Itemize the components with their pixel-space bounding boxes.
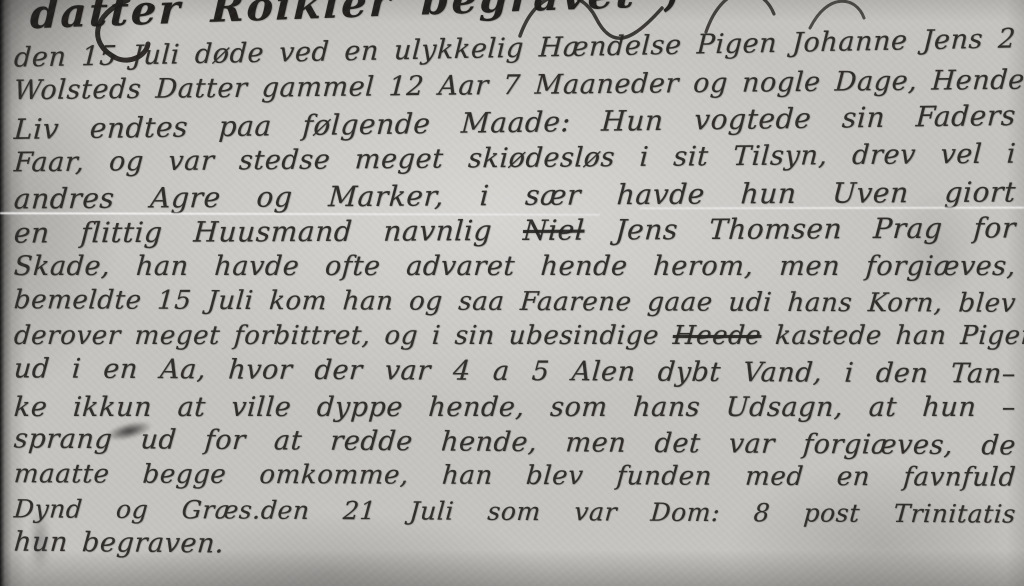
struck-out-word: Niel [522,214,586,247]
handwritten-text: en flittig Huusmand navnlig [13,214,524,250]
gray-smudge [26,498,54,582]
handwritten-line: sprang ud for at redde hende, men det va… [13,424,1017,462]
handwritten-text: ke ikkun at ville dyppe hende, som hans … [13,392,1017,423]
struck-out-word: Heede [672,321,763,351]
handwritten-line: maatte begge omkomme, han blev funden me… [13,459,1017,492]
handwritten-text: Faar, og var stedse meget skiødesløs i s… [13,139,1017,179]
handwritten-text: andres Agre og Marker, i sær havde hun U… [13,175,1017,215]
handwritten-line: ud i en Aa, hvor der var 4 a 5 Alen dybt… [13,353,1017,389]
handwritten-line: Skade, han havde ofte advaret hende hero… [13,251,1017,282]
handwritten-text: derover meget forbittret, og i sin ubesi… [13,321,674,351]
handwritten-line: derover meget forbittret, og i sin ubesi… [13,321,1017,351]
handwritten-text: kastede han Pigen [760,321,1024,351]
handwritten-line: Wolsteds Datter gammel 12 Aar 7 Maaneder… [13,65,1017,107]
handwritten-line: en flittig Huusmand navnlig Niel Jens Th… [13,211,1017,249]
handwritten-line: bemeldte 15 Juli kom han og saa Faarene … [13,285,1017,318]
handwritten-line: Dynd og Græs.den 21 Juli som var Dom: 8 … [13,494,1017,528]
handwritten-text: bemeldte 15 Juli kom han og saa Faarene … [13,285,1017,318]
handwritten-line: andres Agre og Marker, i sær havde hun U… [13,175,1017,215]
handwritten-text: sprang ud for at redde hende, men det va… [13,424,1017,462]
handwritten-text: maatte begge omkomme, han blev funden me… [13,459,1017,492]
handwritten-text: Wolsteds Datter gammel 12 Aar 7 Maaneder… [13,64,1024,106]
handwritten-text: Skade, han havde ofte advaret hende hero… [13,251,1017,282]
handwritten-text: den 21 Juli som var Dom: 8 post Trinitat… [260,496,1017,529]
manuscript-page: datter Roikier begravet ; den 15 Juli dø… [0,0,1024,586]
paper-shading [880,180,990,320]
handwritten-line: Faar, og var stedse meget skiødesløs i s… [13,139,1017,179]
handwritten-line: ke ikkun at ville dyppe hende, som hans … [13,392,1017,423]
handwritten-text: ud i en Aa, hvor der var 4 a 5 Alen dybt… [13,353,1017,389]
handwritten-line: hun begraven. [13,527,1017,567]
